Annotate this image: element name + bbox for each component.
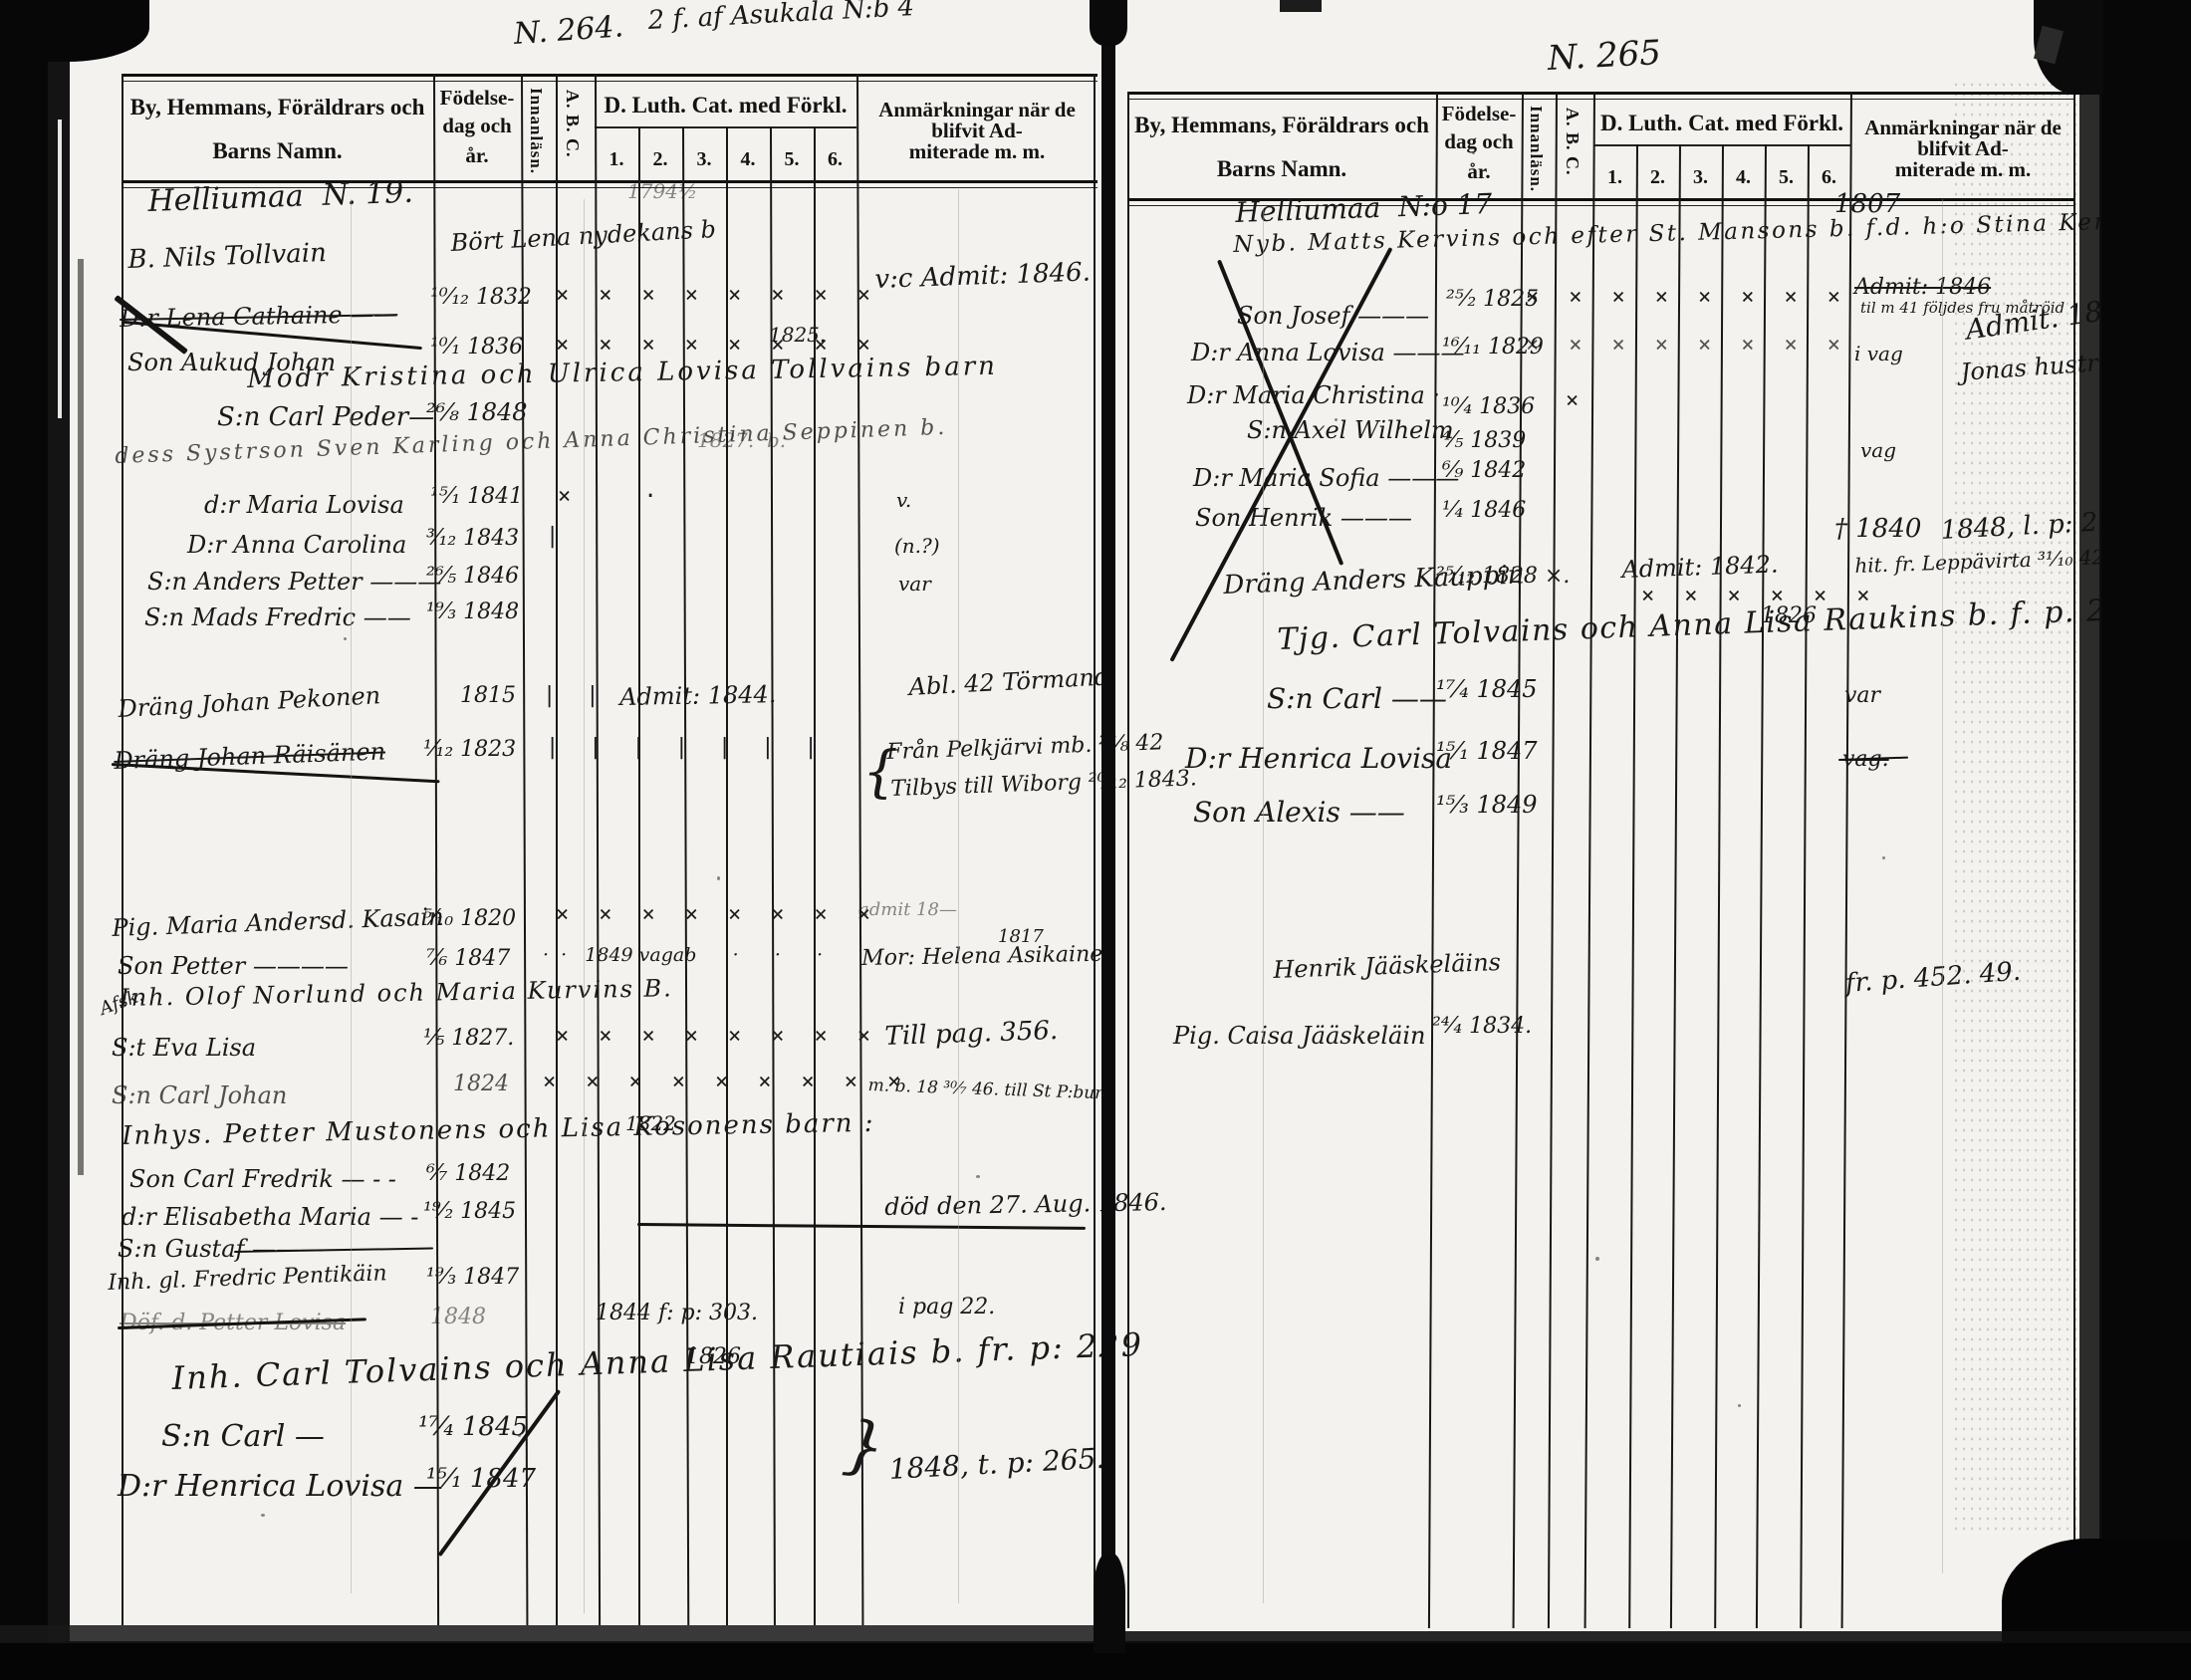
entry-date: ¹⁷⁄₄ 1845 — [1436, 677, 1538, 701]
entry-date: ³⁄₁₂ 1843 — [426, 528, 519, 550]
column-header-name: Barns Namn. — [122, 139, 433, 162]
remark: Till pag. 356. — [884, 1018, 1059, 1050]
column-header-sub: 2. — [1636, 167, 1679, 187]
column-header-birth: år. — [1436, 161, 1522, 182]
entry-date: ⁶⁄₉ 1842 — [1442, 460, 1526, 482]
entry-name: Son Petter ———— — [118, 954, 349, 978]
entry-name: S:n Anders Petter ——— — [147, 570, 441, 594]
entry-marks: | — [546, 526, 589, 548]
entry-date: ¹⁄₁₂ 1823 — [423, 739, 516, 761]
column-header-sub: 5. — [770, 149, 814, 169]
entry-date: ¹⁵⁄₁ 1841 — [430, 486, 523, 508]
remark: var — [898, 574, 931, 594]
column-header-sub: 4. — [1722, 167, 1765, 187]
entry-date: 1815 — [460, 685, 516, 707]
entry-date: ¹⁹⁄₃ 1847 — [426, 1267, 519, 1289]
entry-note: Inh. Olof Norlund och Maria Kurvins B. — [120, 976, 673, 1010]
entry-date: ¹⁷⁄₄ 1845 — [418, 1414, 528, 1440]
scan-speck — [1280, 0, 1322, 12]
village-header: Helliumaa N. 19. — [147, 178, 413, 217]
entry-name: S:n Carl Johan — [112, 1083, 287, 1107]
remark: i pag 22. — [898, 1297, 995, 1319]
entry-marks: × — [1566, 390, 1608, 412]
village-header: Helliumaa N:o 17 — [1235, 190, 1493, 227]
entry-marks: ×××××××× — [1526, 335, 1870, 357]
scan-streak — [78, 259, 84, 1175]
column-rule — [1756, 144, 1767, 1628]
column-rule — [1428, 92, 1438, 1628]
column-header-remarks: Anmärkningar när de blifvit Ad- — [858, 100, 1095, 141]
ink-speck — [261, 1514, 265, 1517]
entry-date: ¹⁹⁄₂ 1845 — [423, 1201, 516, 1223]
entry-name: S:n Carl —— — [1267, 685, 1447, 713]
entry-name: Son Alexis —— — [1193, 799, 1405, 827]
ink-speck — [717, 876, 720, 880]
column-header-catechism: D. Luth. Cat. med Förkl. — [595, 94, 856, 117]
remark: Tilbys till Wiborg ²⁰⁄₁₂ 1843. — [890, 768, 1197, 801]
entry-marks: || — [543, 685, 629, 707]
page-number-left: N. 264. — [513, 12, 624, 50]
entry-note: Inh. Carl Tolvains och Anna Lisa Rautiai… — [171, 1328, 1143, 1394]
page-number-right: N. 265 — [1547, 36, 1662, 76]
entry-marks: ×××××××× — [556, 285, 900, 307]
remark: m. b. 18 ³⁰⁄₇ 46. till St P:burg — [867, 1078, 1113, 1103]
remark: (n.?) — [894, 536, 940, 556]
remark: 1848, t. p: 265. — [888, 1445, 1105, 1484]
column-header-sub: 1. — [595, 149, 638, 169]
column-header-catechism: D. Luth. Cat. med Förkl. — [1593, 112, 1850, 134]
entry-date: ²⁴⁄₄ 1834. — [1432, 1016, 1532, 1038]
scan-hairline — [958, 189, 959, 1603]
annotation: 1807 — [1834, 191, 1900, 217]
column-rule — [1670, 144, 1681, 1628]
entry-note: 1844 f: p: 303. — [596, 1303, 758, 1324]
entry-name: Henrik Jääskeläins — [1273, 950, 1501, 982]
entry-note: Inhys. Petter Mustonens och Lisa Kosonen… — [122, 1110, 875, 1149]
entry-name: D:r Henrica Lovisa — [1185, 745, 1452, 773]
entry-name: S:n Carl — — [161, 1422, 325, 1452]
entry-date: ¹⁰⁄₁₂ 1832 — [430, 287, 532, 309]
column-header-birth: år. — [433, 145, 521, 166]
column-header-abc: A. B. C. — [1564, 108, 1582, 176]
entry-name: Inh. gl. Fredric Pentikäin — [108, 1263, 387, 1295]
entry-name: S:n Carl Peder— — [217, 404, 434, 430]
scan-edge-bottom — [1115, 1631, 2191, 1643]
entry-date: ¹⁵⁄₁ 1847 — [426, 1466, 536, 1492]
entry-marks: × · — [558, 486, 687, 508]
column-header-sub: 1. — [1593, 167, 1636, 187]
entry-date: ¹⁄₄ 1846 — [1442, 500, 1526, 522]
entry-date: ¹⁄₅ 1827. — [423, 1028, 514, 1050]
column-header-reading: Innanläsn. — [1528, 106, 1545, 192]
scan-hairline — [1263, 209, 1264, 1603]
annotation: 1825. — [769, 325, 826, 345]
rule — [1127, 99, 2073, 100]
column-rule — [1127, 92, 1129, 1628]
entry-date: ¹⁹⁄₃ 1848 — [426, 601, 519, 623]
entry-date: ²⁵⁄₁₂ 1828 ×. — [1436, 566, 1570, 588]
entry-name: d:r Elisabetha Maria — - — [122, 1205, 418, 1229]
entry-date: ²⁶⁄₅ 1846 — [426, 566, 519, 588]
remark: † 1840 — [1834, 516, 1921, 542]
entry-date: ¹⁰⁄₁ 1836 — [430, 337, 523, 359]
remark: i vag — [1854, 344, 1903, 363]
entry-name: D:r Maria Sofia ——— — [1193, 466, 1459, 490]
scan-hairline — [351, 199, 352, 1593]
scan-hairline — [584, 199, 585, 1613]
column-header-sub: 6. — [814, 149, 856, 169]
column-header-sub: 4. — [726, 149, 770, 169]
entry-note: Admit: 1842. — [1621, 553, 1779, 582]
entry-date: 1848 — [430, 1307, 486, 1328]
column-header-name: By, Hemmans, Föräldrars och — [122, 96, 433, 119]
rule — [1127, 92, 2073, 95]
scan-edge-bottom — [0, 1625, 1115, 1643]
remark: var — [1844, 685, 1880, 707]
column-header-remarks: miterade m. m. — [858, 141, 1095, 162]
ink-speck — [1472, 151, 1475, 154]
page-gutter — [1094, 1554, 1125, 1653]
scan-edge-left — [0, 0, 48, 1680]
column-header-birth: dag och — [433, 116, 521, 136]
brace-glyph: } — [840, 1412, 888, 1481]
entry-name: Son Josef ——— — [1237, 304, 1429, 328]
scan-edge-right — [2099, 0, 2191, 1680]
column-header-sub: 3. — [682, 149, 726, 169]
column-rule — [1548, 92, 1558, 1628]
column-header-birth: dag och — [1436, 131, 1522, 152]
remark: Mor: Helena Asikainen — [861, 944, 1117, 970]
entry-date: ⁷⁄₆ 1847 — [426, 948, 510, 970]
remark: v. — [896, 490, 911, 510]
entry-name: Son Henrik ——— — [1195, 506, 1412, 530]
ink-speck — [344, 637, 347, 640]
column-rule — [1513, 92, 1524, 1628]
annotation: 1794½ — [627, 181, 697, 201]
ink-speck — [1595, 1257, 1599, 1261]
column-header-name: Barns Namn. — [1127, 157, 1436, 180]
entry-name: Dräng Johan Pekonen — [118, 683, 381, 721]
scanned-parish-register: N. 264. 2 f. af Asukala N:b 4 N. 265 By,… — [0, 0, 2191, 1680]
entry-name: D:r Henrica Lovisa — — [118, 1472, 443, 1502]
entry-name: Son Carl Fredrik — - - — [129, 1167, 396, 1191]
column-rule — [1094, 74, 1095, 1625]
entry-marks: ×××××××× — [556, 904, 900, 926]
entry-date: 1824 — [453, 1074, 509, 1095]
entry-name: d:r Maria Lovisa — [204, 493, 404, 517]
entry-note: · · 1849 vagab · · · — [543, 946, 823, 965]
column-rule — [1628, 144, 1638, 1628]
page-gutter — [1090, 0, 1127, 46]
entry-note: Modr Kristina och Ulrica Lovisa Tollvain… — [247, 354, 998, 392]
ink-speck — [1738, 1404, 1741, 1407]
page-title-annotation: 2 f. af Asukala N:b 4 — [647, 0, 915, 34]
column-rule — [1584, 92, 1595, 1628]
column-header-sub: 2. — [638, 149, 682, 169]
remark: död den 27. Aug. 1846. — [884, 1190, 1167, 1219]
column-header-birth: Födelse- — [433, 88, 521, 109]
ink-speck — [1335, 418, 1338, 421]
rule — [122, 74, 1097, 77]
entry-marks: ×××××××× — [1526, 287, 1870, 309]
entry-name: B. Nils Tollvain — [127, 240, 327, 273]
remark: v:c Admit: 1846. — [874, 259, 1091, 293]
scan-edge-right — [2079, 0, 2101, 1680]
entry-note: Admit: 1844. — [619, 682, 777, 709]
entry-date: ⁵⁄₁₀ 1820 — [423, 908, 516, 930]
entry-marks: ||||||| — [546, 737, 848, 759]
entry-date: ⁴⁄₅ 1839 — [1442, 430, 1526, 452]
entry-marks: ×××××××× — [556, 1026, 900, 1048]
column-header-name: By, Hemmans, Föräldrars och — [1127, 114, 1436, 136]
column-header-abc: A. B. C. — [564, 90, 582, 158]
scan-hairline — [1942, 199, 1943, 1573]
ink-speck — [518, 1434, 521, 1437]
entry-name: S:n Axel Wilhelm — [1247, 418, 1454, 442]
entry-name: Pig. Maria Andersd. Kasain — [112, 904, 444, 940]
ink-speck — [976, 1175, 980, 1178]
entry-date: ¹⁵⁄₃ 1849 — [1436, 793, 1538, 817]
entry-date: ²⁶⁄₈ 1848 — [426, 400, 528, 424]
scan-corner-blob — [0, 0, 149, 62]
entry-date: ¹⁵⁄₁ 1847 — [1436, 739, 1538, 763]
entry-date: ⁶⁄₇ 1842 — [426, 1163, 510, 1185]
column-rule — [1714, 144, 1724, 1628]
entry-name: S:t Eva Lisa — [112, 1036, 256, 1060]
column-rule — [1841, 92, 1852, 1628]
entry-date: ¹⁰⁄₄ 1836 — [1442, 396, 1535, 418]
column-header-sub: 5. — [1765, 167, 1808, 187]
scan-streak — [58, 120, 62, 418]
remark: vag — [1860, 440, 1896, 460]
entry-name: D:r Anna Carolina — [187, 533, 406, 557]
column-header-reading: Innanläsn. — [528, 88, 545, 174]
remark: admit 18— — [858, 901, 957, 919]
rule — [122, 81, 1097, 82]
remark: Abl. 42 Törmand — [908, 664, 1110, 699]
scan-noise — [1952, 80, 2081, 1534]
column-rule — [1800, 144, 1810, 1628]
column-header-sub: 3. — [1679, 167, 1722, 187]
remark: Från Pelkjärvi mb. ²⁸⁄₈ 42 — [886, 732, 1164, 764]
column-header-sub: 6. — [1808, 167, 1850, 187]
ink-speck — [1882, 856, 1885, 859]
entry-name: S:n Mads Fredric —— — [144, 605, 411, 629]
entry-name: Pig. Caisa Jääskeläin — [1173, 1024, 1425, 1048]
column-header-birth: Födelse- — [1436, 104, 1522, 124]
page-gutter — [1101, 0, 1115, 1645]
